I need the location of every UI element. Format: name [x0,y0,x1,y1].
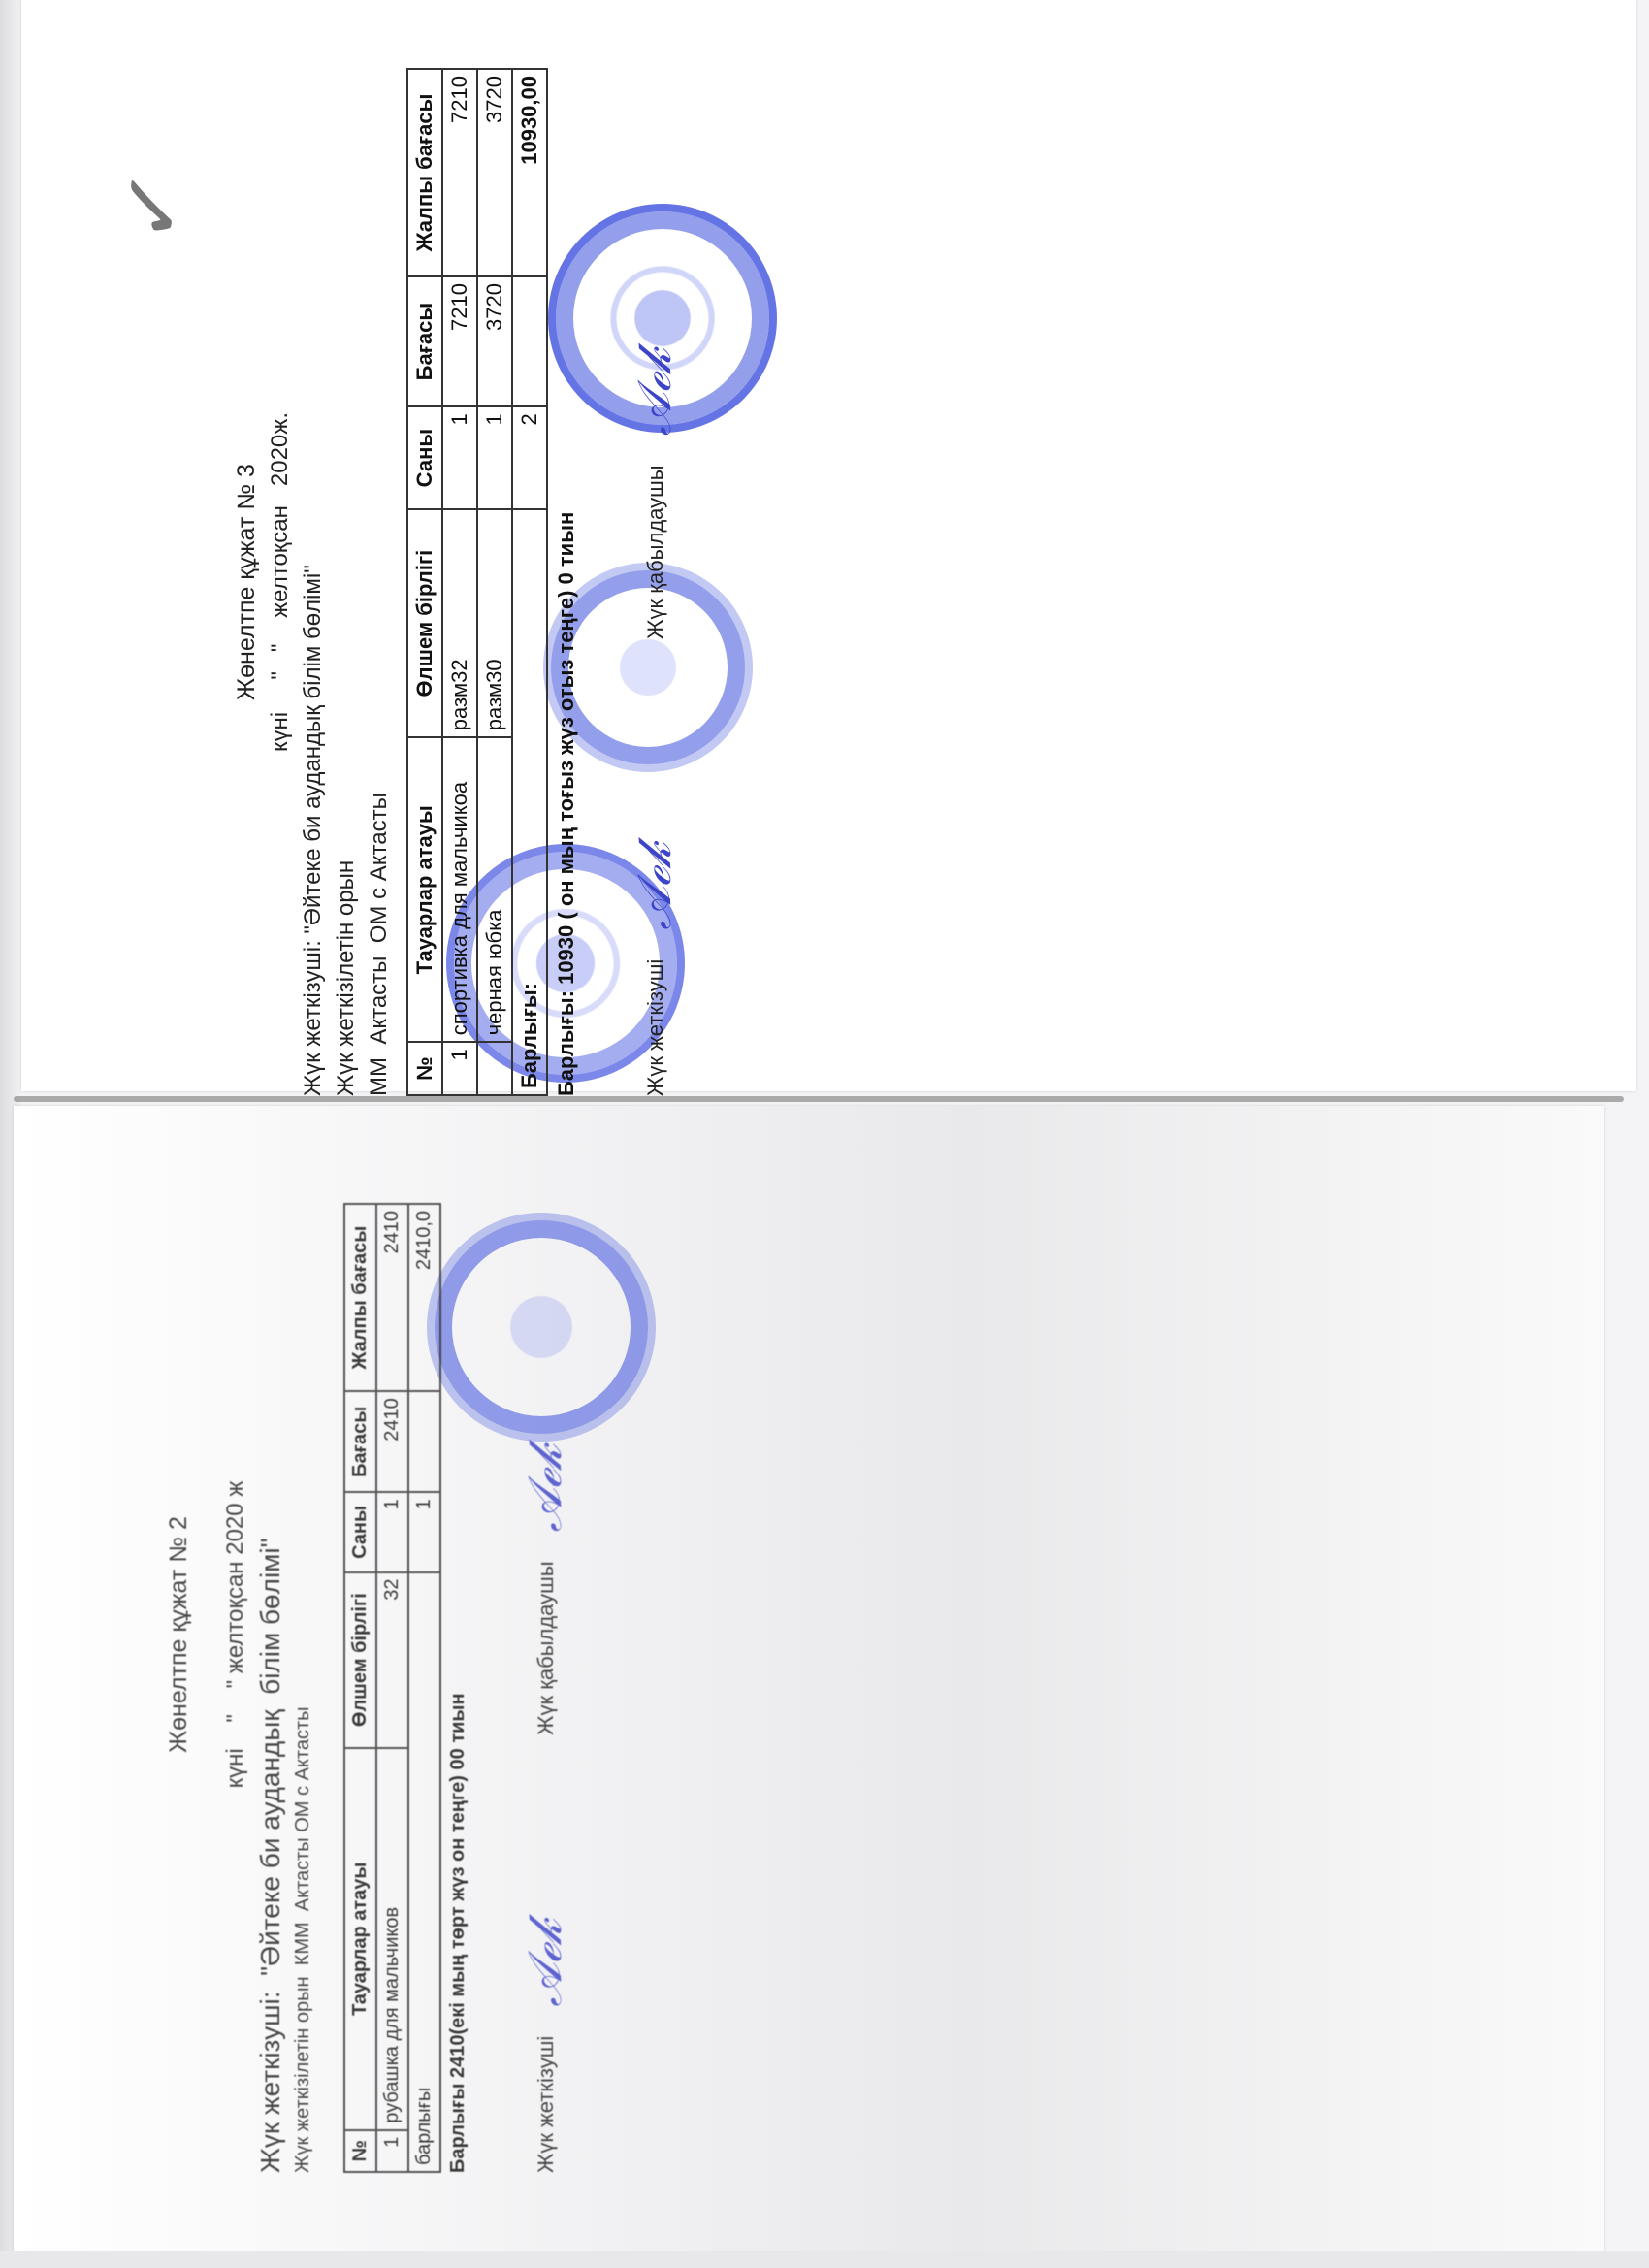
cell-unit: разм30 [477,509,512,737]
col-total: Жалпы бағасы [407,69,442,276]
supplier-line: Жүк жеткізуші: "Әйтеке би аудандық білім… [300,68,327,1096]
total-quantity: 1 [408,1492,440,1571]
total-price-empty [512,276,547,406]
cell-quantity: 1 [376,1492,408,1571]
total-label: Барлығы: [512,509,547,1095]
col-item-name: Тауарлар атауы [344,1748,376,2130]
total-label: барлығы [408,1572,440,2172]
col-number: № [407,1042,442,1095]
cell-quantity: 1 [477,406,512,509]
total-in-words: Барлығы: 10930 ( он мың тоғыз жүз отыз т… [554,68,579,1096]
document-title: Жөнелтпе құжат № 2 [165,1096,193,2173]
receiver-signature-icon: 𝒜ℯ𝓀 [628,348,683,436]
receiver-label: Жүк қабылдаушы [533,1561,559,1734]
cell-number: 1 [376,2130,408,2172]
cell-total: 3720 [477,69,512,276]
scan-edge-bottom [0,2251,1649,2268]
sender-signature-icon: 𝒜ℯ𝓀 [628,843,683,930]
waybill-document-3: Жөнелтпе құжат № 3 күні " " желтоқсан 20… [233,68,640,1096]
sender-label: Жүк жеткізуші [643,959,668,1096]
table-total-row: барлығы 1 2410,0 [408,1204,440,2172]
sender-label: Жүк жеткізуші [533,2036,559,2173]
cell-price: 3720 [477,276,512,406]
col-price: Бағасы [344,1391,376,1492]
signature-row: Жүк жеткізуші 𝒜ℯ𝓀 Жүк қабылдаушы 𝒜ℯ𝓀 [518,1096,573,2173]
cell-number [477,1042,512,1095]
col-quantity: Саны [407,406,442,509]
items-table: № Тауарлар атауы Өлшем бірлігі Саны Баға… [343,1203,441,2173]
cell-item-name: рубашка для мальчиков [376,1748,408,2130]
receiver-signature-icon: 𝒜ℯ𝓀 [518,1444,573,1532]
col-item-name: Тауарлар атауы [407,737,442,1042]
col-total: Жалпы бағасы [344,1204,376,1391]
col-unit: Өлшем бірлігі [344,1572,376,1748]
cell-number: 1 [442,1042,477,1095]
col-quantity: Саны [344,1492,376,1571]
signature-row: Жүк жеткізуші 𝒜ℯ𝓀 Жүк қабылдаушы 𝒜ℯ𝓀 [628,68,683,1096]
cell-total: 7210 [442,69,477,276]
delivery-place-label: Жүк жеткізілетін орын [333,68,360,1096]
col-number: № [344,2130,376,2172]
table-row: черная юбка разм30 1 3720 3720 [477,69,512,1095]
col-price: Бағасы [407,276,442,406]
table-header-row: № Тауарлар атауы Өлшем бірлігі Саны Баға… [344,1204,376,2172]
cell-unit: разм32 [442,509,477,737]
cell-quantity: 1 [442,406,477,509]
cell-item-name: черная юбка [477,737,512,1042]
table-row: 1 спортивка для мальчикоа разм32 1 7210 … [442,69,477,1095]
sender-signature-icon: 𝒜ℯ𝓀 [518,1920,573,2007]
table-total-row: Барлығы: 2 10930,00 [512,69,547,1095]
col-unit: Өлшем бірлігі [407,509,442,737]
supplier-line: Жүк жеткізуші: "Әйтеке би аудандық білім… [255,1096,286,2173]
delivery-place-line: Жүк жеткізілетін орын КММ Актасты ОМ с А… [292,1096,314,2173]
total-price-empty [408,1391,440,1492]
total-amount: 10930,00 [512,69,547,276]
cell-price: 2410 [376,1391,408,1492]
date-line: күні " " желтоқсан 2020ж. [267,68,294,1096]
cell-price: 7210 [442,276,477,406]
total-quantity: 2 [512,406,547,509]
total-amount: 2410,0 [408,1204,440,1391]
document-title: Жөнелтпе құжат № 3 [233,68,261,1096]
receiver-label: Жүк қабылдаушы [643,465,668,638]
date-line: күні " " желтоқсан 2020 ж [222,1096,249,2173]
waybill-document-2: Жөнелтпе құжат № 2 күні " " желтоқсан 20… [145,1096,669,2173]
delivery-place-value: ММ Актасты ОМ с Актасты [366,68,393,1096]
cell-unit: 32 [376,1572,408,1748]
table-header-row: № Тауарлар атауы Өлшем бірлігі Саны Баға… [407,69,442,1095]
cell-item-name: спортивка для мальчикоа [442,737,477,1042]
items-table: № Тауарлар атауы Өлшем бірлігі Саны Баға… [406,68,548,1096]
cell-total: 2410 [376,1204,408,1391]
total-in-words: Барлығы 2410(екі мың төрт жүз он теңге) … [447,1096,469,2173]
table-row: 1 рубашка для мальчиков 32 1 2410 2410 [376,1204,408,2172]
